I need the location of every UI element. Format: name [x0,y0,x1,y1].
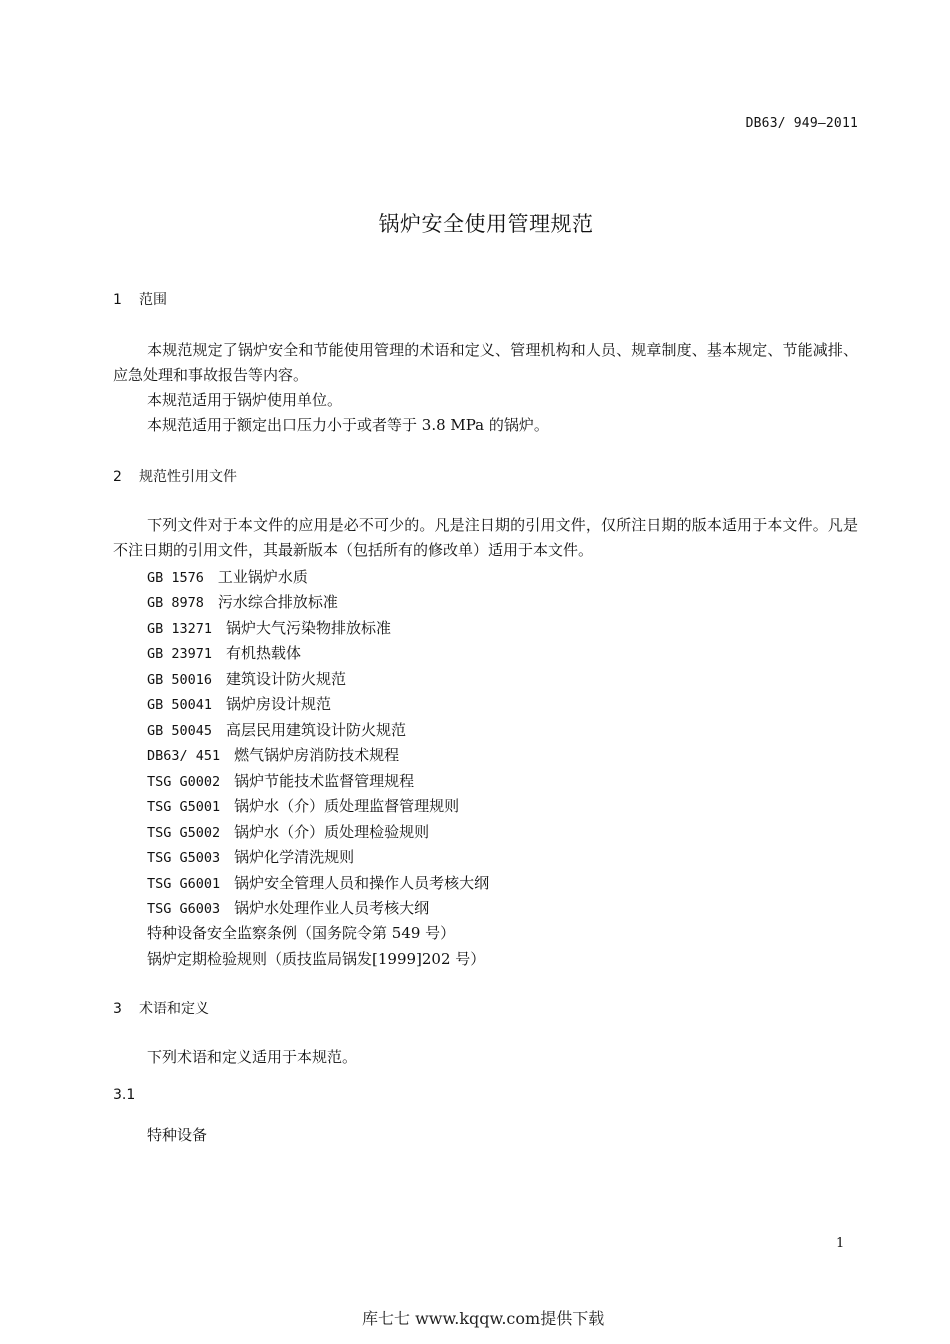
regulation-reference: 特种设备安全监察条例（国务院令第 549 号） [147,922,455,943]
reference-item: TSG G5002锅炉水（介）质处理检验规则 [147,821,429,842]
section-title: 规范性引用文件 [139,469,237,485]
term-number: 3.1 [113,1087,135,1103]
regulation-reference: 锅炉定期检验规则（质技监局锅发[1999]202 号） [147,948,485,969]
section-1-pressure-scope: 本规范适用于额定出口压力小于或者等于 3.8 MPa 的锅炉。 [147,414,549,435]
reference-item: TSG G5003锅炉化学清洗规则 [147,846,354,867]
section-3-intro: 下列术语和定义适用于本规范。 [147,1046,357,1067]
section-1-applicability: 本规范适用于锅炉使用单位。 [147,389,342,410]
section-2-heading: 2规范性引用文件 [113,466,237,486]
section-1-paragraph: 本规范规定了锅炉安全和节能使用管理的术语和定义、管理机构和人员、规章制度、基本规… [113,338,858,388]
page-number: 1 [836,1236,844,1251]
reference-item: GB 8978污水综合排放标准 [147,591,338,612]
download-watermark: 库七七 www.kqqw.com提供下载 [362,1306,604,1329]
section-3-heading: 3术语和定义 [113,998,209,1018]
section-2-intro: 下列文件对于本文件的应用是必不可少的。凡是注日期的引用文件，仅所注日期的版本适用… [113,513,858,563]
reference-item: TSG G5001锅炉水（介）质处理监督管理规则 [147,795,459,816]
document-title: 锅炉安全使用管理规范 [0,208,950,238]
reference-item: TSG G6001锅炉安全管理人员和操作人员考核大纲 [147,872,489,893]
reference-item: TSG G0002锅炉节能技术监督管理规程 [147,770,414,791]
term-name: 特种设备 [147,1124,207,1145]
reference-item: GB 50041锅炉房设计规范 [147,693,331,714]
reference-item: GB 23971有机热载体 [147,642,301,663]
section-title: 术语和定义 [139,1001,209,1017]
section-1-heading: 1范围 [113,289,167,309]
section-number: 1 [113,292,139,308]
reference-item: GB 13271锅炉大气污染物排放标准 [147,617,391,638]
reference-item: TSG G6003锅炉水处理作业人员考核大纲 [147,897,429,918]
section-title: 范围 [139,292,167,308]
reference-item: GB 50016建筑设计防火规范 [147,668,346,689]
reference-item: DB63/ 451燃气锅炉房消防技术规程 [147,744,399,765]
section-number: 3 [113,1001,139,1017]
reference-item: GB 1576工业锅炉水质 [147,566,308,587]
reference-item: GB 50045高层民用建筑设计防火规范 [147,719,406,740]
standard-code: DB63/ 949—2011 [746,116,858,131]
section-number: 2 [113,469,139,485]
